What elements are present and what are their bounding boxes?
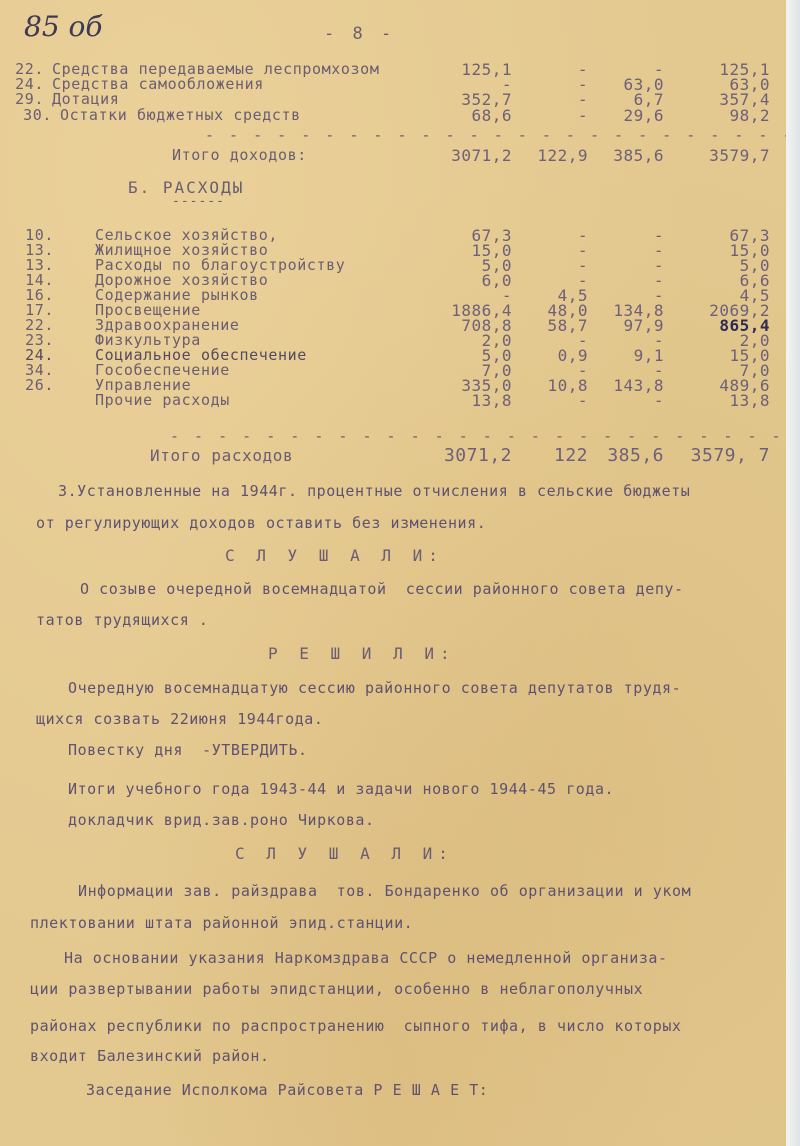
table-row: Прочие расходы 13,8 - - 13,8: [0, 393, 786, 408]
income-total-row: Итого доходов: 3071,2 122,9 385,6 3579,7: [0, 148, 786, 163]
heading-underline: ------: [172, 194, 225, 209]
heard-2-line-2: плектовании штата районной эпид.станции.: [30, 914, 413, 932]
resolution-point-3-line-2: от регулирующих доходов оставить без изм…: [36, 514, 486, 532]
heard-1-line-1: О созыве очередной восемнадцатой сессии …: [80, 580, 684, 598]
decided-1-line-2: щихся созвать 22июня 1944года.: [36, 710, 323, 728]
heard-2-line-1: Информации зав. райздрава тов. Бондаренк…: [78, 882, 691, 900]
basis-line-2: ции развертывании работы эпидстанции, ос…: [30, 980, 643, 998]
table-row: 29. Дотация 352,7 - 6,7 357,4: [0, 92, 786, 107]
section-heading-decided: Р Е Ш И Л И:: [268, 644, 456, 663]
agenda-approve: Повестку дня -УТВЕРДИТЬ.: [68, 741, 308, 759]
dashed-divider: - - - - - - - - - - - - - - - - - - - - …: [170, 427, 800, 445]
agenda-item: Итоги учебного года 1943-44 и задачи нов…: [68, 780, 614, 798]
speaker-line: докладчик врид.зав.роно Чиркова.: [68, 811, 375, 829]
closing-decision-line: Заседание Исполкома Райсовета Р Е Ш А Е …: [86, 1081, 488, 1099]
page-number: - 8 -: [324, 24, 395, 44]
expenses-total-row: Итого расходов 3071,2 122 385,6 3579, 7: [0, 448, 786, 463]
scanned-document-page: 85 об - 8 - 22. Средства передаваемые ле…: [0, 0, 786, 1146]
dashed-divider: - - - - - - - - - - - - - - - - - - - - …: [205, 126, 800, 144]
basis-line-4: входит Балезинский район.: [30, 1047, 270, 1065]
section-heading-heard: С Л У Ш А Л И:: [225, 546, 444, 565]
basis-line-3: районах республики по распространению сы…: [30, 1017, 682, 1035]
section-heading-heard-2: С Л У Ш А Л И:: [235, 844, 454, 863]
archive-folio-number: 85 об: [24, 10, 102, 43]
table-row: 30. Остатки бюджетных средств 68,6 - 29,…: [8, 108, 786, 123]
heard-1-line-2: татов трудящихся .: [36, 611, 208, 629]
scan-edge: [786, 0, 800, 1146]
decided-1-line-1: Очередную восемнадцатую сессию районного…: [68, 679, 681, 697]
resolution-point-3-line-1: 3.Установленные на 1944г. процентные отч…: [58, 482, 690, 500]
basis-line-1: На основании указания Наркомздрава СССР …: [64, 949, 668, 967]
